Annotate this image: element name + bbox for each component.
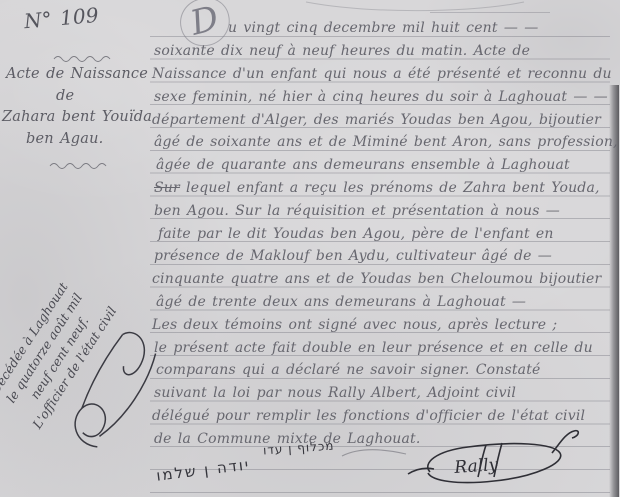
act-text-line: suivant la loi par nous Rally Albert, Ad… <box>154 383 516 403</box>
margin-title-line: ben Agau. <box>26 131 103 147</box>
act-text-line: ben Agou. Sur la réquisition et présenta… <box>154 201 560 221</box>
act-text-line: cinquante quatre ans et de Youdas ben Ch… <box>152 269 601 289</box>
separator-squiggle-icon <box>52 53 116 63</box>
act-number: N° 109 <box>23 3 100 33</box>
struck-word: Sur <box>154 180 180 196</box>
act-text-line: délégué pour remplir les fonctions d'off… <box>152 406 585 426</box>
margin-title-line: Acte de Naissance <box>6 66 148 82</box>
act-text-line: Sur lequel enfant a reçu les prénoms de … <box>154 178 600 198</box>
official-signature: Rally <box>402 426 592 494</box>
act-text-line: présence de Maklouf ben Aydu, cultivateu… <box>154 246 552 266</box>
act-text-line: faite par le dit Youdas ben Agou, père d… <box>158 224 554 244</box>
act-text-line: soixante dix neuf à neuf heures du matin… <box>154 41 530 61</box>
act-text-line: comparans qui a déclaré ne savoir signer… <box>156 360 541 380</box>
official-signature-name: Rally <box>453 455 499 478</box>
act-text-line: âgé de trente deux ans demeurans à Lagho… <box>156 292 526 312</box>
act-text-line: âgée de quarante ans demeurans ensemble … <box>156 155 570 175</box>
margin-title-line: de <box>56 88 74 104</box>
line-end-paraph-icon <box>340 446 410 460</box>
margin-title-line: Zahara bent Youïda <box>2 109 152 125</box>
act-text-line: sexe feminin, né hier à cinq heures du s… <box>154 87 608 107</box>
scanned-register-page: N° 109 Acte de Naissance de Zahara bent … <box>0 0 620 497</box>
previous-entry-flourish <box>300 0 530 14</box>
act-text-line: Les deux témoins ont signé avec nous, ap… <box>152 315 557 335</box>
separator-squiggle-icon <box>48 160 112 170</box>
act-text-line: le présent acte fait double en leur prés… <box>154 338 593 358</box>
act-text-line: Naissance d'un enfant qui nous a été pré… <box>152 64 612 84</box>
act-text-line: département d'Alger, des mariés Youdas b… <box>152 110 601 130</box>
act-text-line: u vingt cinq decembre mil huit cent — — <box>228 18 538 38</box>
act-text-line: âgé de soixante ans et de Miminé bent Ar… <box>154 132 618 152</box>
